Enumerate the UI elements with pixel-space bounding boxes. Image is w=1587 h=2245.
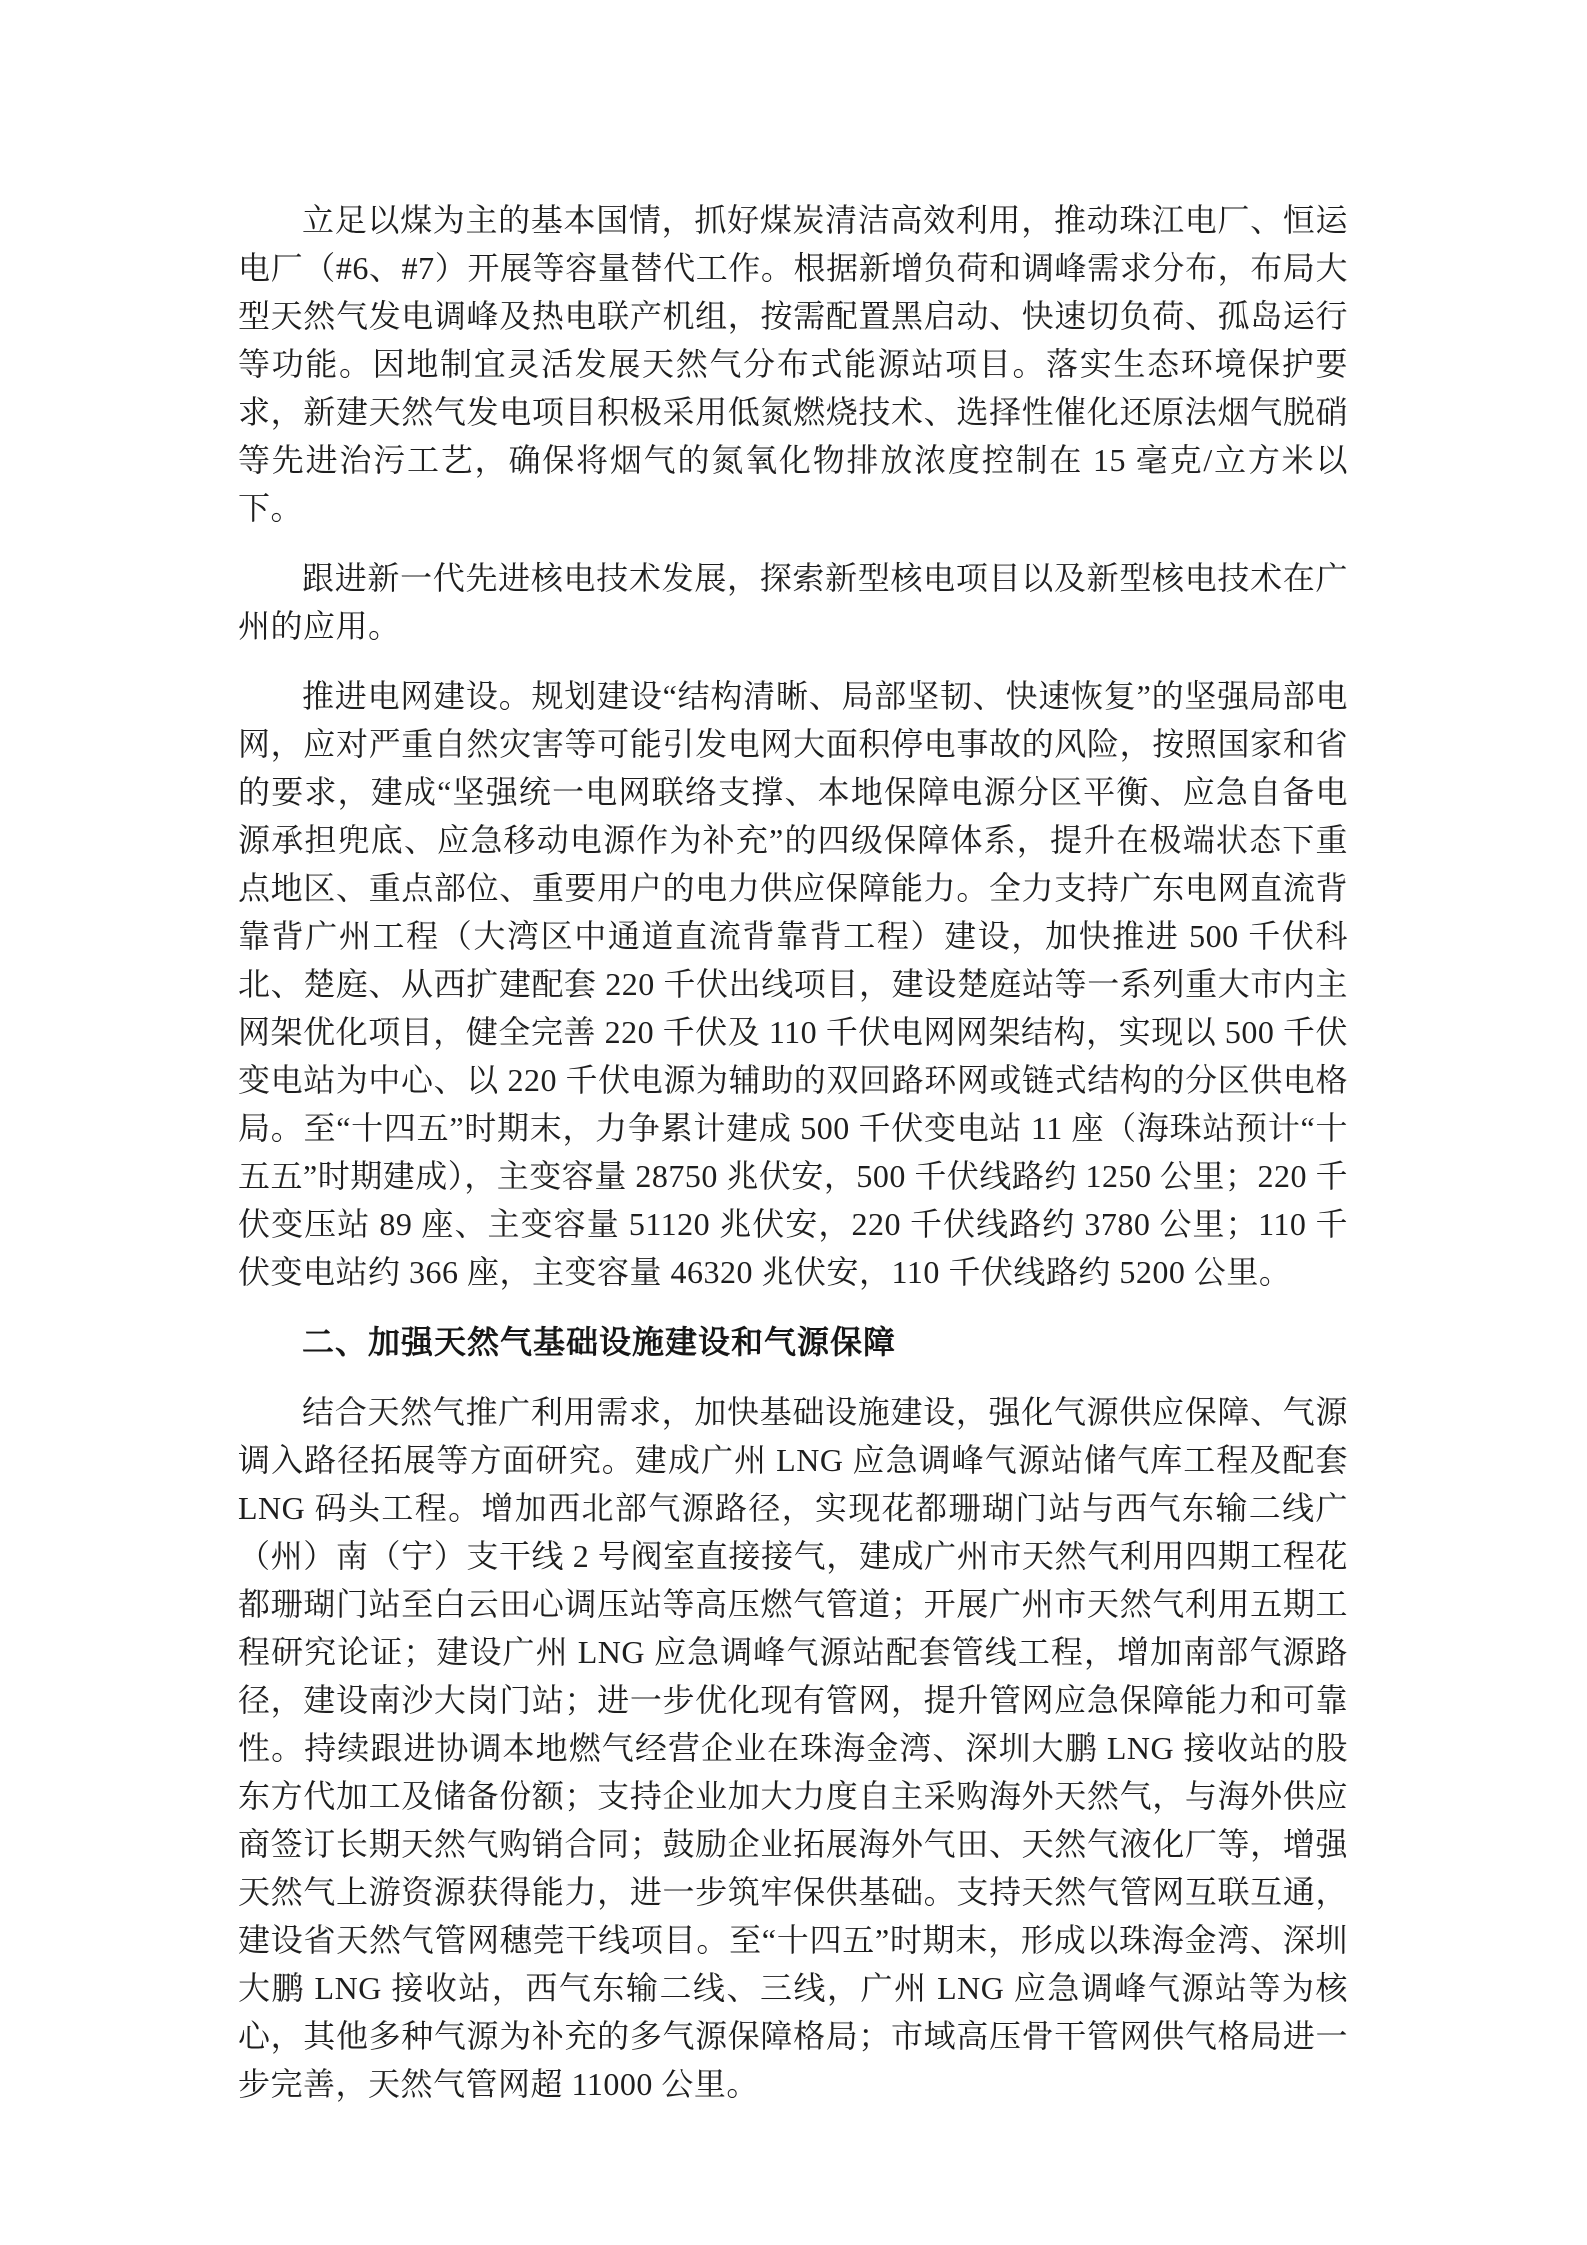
paragraph-coal-power: 立足以煤为主的基本国情，抓好煤炭清洁高效利用，推动珠江电厂、恒运电厂（#6、#7… <box>238 196 1348 532</box>
paragraph-grid-construction: 推进电网建设。规划建设“结构清晰、局部坚韧、快速恢复”的坚强局部电网，应对严重自… <box>238 672 1348 1296</box>
paragraph-nuclear-power: 跟进新一代先进核电技术发展，探索新型核电项目以及新型核电技术在广州的应用。 <box>238 554 1348 650</box>
document-body: 立足以煤为主的基本国情，抓好煤炭清洁高效利用，推动珠江电厂、恒运电厂（#6、#7… <box>238 196 1348 2108</box>
paragraph-gas-infrastructure: 结合天然气推广利用需求，加快基础设施建设，强化气源供应保障、气源调入路径拓展等方… <box>238 1388 1348 2108</box>
section-heading-gas-infrastructure: 二、加强天然气基础设施建设和气源保障 <box>238 1318 1348 1366</box>
document-page: 立足以煤为主的基本国情，抓好煤炭清洁高效利用，推动珠江电厂、恒运电厂（#6、#7… <box>0 0 1587 2245</box>
